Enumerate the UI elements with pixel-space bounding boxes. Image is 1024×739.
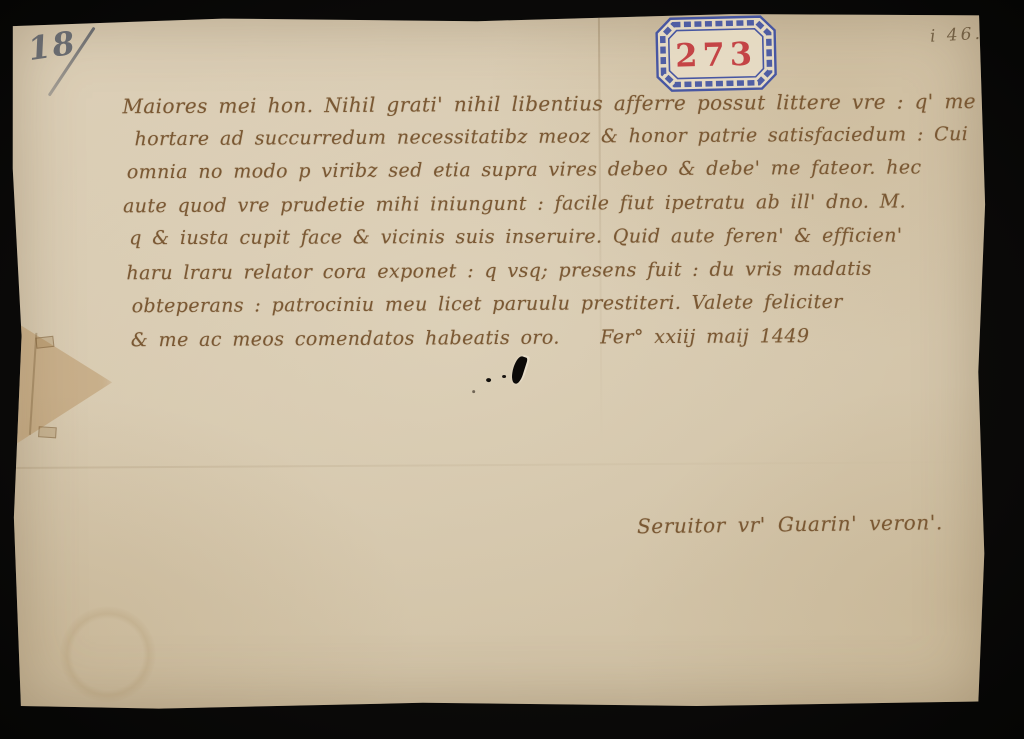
letter-line: hortare ad succurredum necessitatibz meo… bbox=[135, 123, 933, 161]
watermark-stain bbox=[59, 606, 156, 703]
letter-date: Fer° xxiij maij 1449 bbox=[600, 325, 809, 348]
folio-note: i 46. bbox=[929, 24, 983, 47]
letter-line: omnia no modo p viribz sed etia supra vi… bbox=[127, 156, 933, 194]
seal-residue-stain bbox=[12, 316, 113, 449]
horizontal-fold-crease bbox=[11, 461, 989, 469]
archival-stamp: 273 bbox=[653, 13, 779, 94]
photo-backdrop: 18 i 46. 273 Maiores mei hon. Nihil grat… bbox=[0, 0, 1024, 739]
letter-line: haru lraru relator cora exponet : q vsq;… bbox=[126, 257, 933, 295]
paper-hole-dot bbox=[486, 378, 491, 382]
letter-line: aute quod vre prudetie mihi iniungunt : … bbox=[123, 190, 933, 228]
letter-body: Maiores mei hon. Nihil grati' nihil libe… bbox=[122, 89, 934, 362]
signature: Seruitor vr' Guarin' veron'. bbox=[637, 510, 943, 538]
ink-speck bbox=[472, 390, 475, 393]
letter-line: q & iusta cupit face & vicinis suis inse… bbox=[129, 224, 933, 260]
letter-line: obteperans : patrociniu meu licet paruul… bbox=[132, 290, 934, 328]
letter-paper: 18 i 46. 273 Maiores mei hon. Nihil grat… bbox=[8, 9, 990, 713]
letter-closing-text: & me ac meos comendatos habeatis oro. bbox=[131, 326, 560, 351]
letter-line: Maiores mei hon. Nihil grati' nihil libe… bbox=[122, 89, 932, 127]
paper-hole-dot bbox=[502, 375, 506, 378]
stamp-number: 273 bbox=[675, 35, 758, 75]
seal-slit-top bbox=[35, 336, 54, 349]
seal-slit-bottom bbox=[38, 426, 57, 438]
letter-closing-line: & me ac meos comendatos habeatis oro. Fe… bbox=[131, 324, 934, 362]
